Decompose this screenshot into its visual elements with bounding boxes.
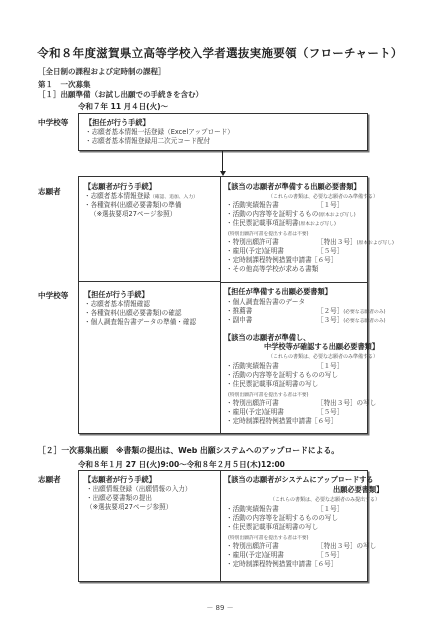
homeroom-docs-title: 【担任が準備する出願必要書類】 (224, 287, 332, 297)
doc-item: ・定時制課程特例措置申請書 (226, 560, 312, 570)
s2-upload-docs-title-line2: 出願必要書類】 (333, 485, 383, 495)
doc-item: ・その他高等学校が求める書類 (226, 265, 318, 275)
doc-item: ・住民票記載事項証明書(原本および写し) (226, 219, 336, 230)
homeroom-procedure-title: 【担任が行う手続】 (84, 290, 149, 300)
doc-item: ・副申書 (226, 316, 252, 326)
applicant-docs-title: 【該当の志願者が準備する出願必要書類】 (224, 182, 361, 192)
list-item-note: （※選抜要項27ページ参照） (86, 503, 172, 513)
confirm-docs-title-line2: 中学校等が確認する出願必要書類】 (264, 342, 379, 352)
page-number: － 89 － (0, 603, 440, 613)
actor-applicant: 志願者 (38, 186, 61, 197)
section2-date: 令和８年１月 27 日(火)9:00～令和８年２月５日(木)12:00 (78, 459, 285, 470)
section2-heading: ［２］一次募集出願 ※書類の提出は、Web 出願システムへのアップロードによる。 (38, 445, 339, 456)
box-title: 【担任が行う手続】 (85, 118, 150, 128)
confirm-docs-note: （これらの書類は、必要な志願者のみ準備する） (268, 353, 378, 360)
doc-item: ・住民票記載事項証明書の写し (226, 523, 318, 533)
list-item-note: （※選抜要項27ページ参照） (90, 210, 176, 220)
row-divider-right (220, 282, 368, 283)
column-divider (220, 176, 221, 434)
doc-item-note: (特別出願許可書を提出する者は不要) (228, 230, 309, 237)
doc-number: ［６号］ (311, 560, 337, 570)
junior-high-top-box: 【担任が行う手続】 ・志願者基本情報一括登録（Excelアップロード） ・志願者… (78, 113, 368, 151)
section1-subheading: ［１］出願準備（お試し出願での手続きを含む） (38, 89, 203, 100)
s2-upload-docs-note: （これらの書類は、必要な志願者のみ提出する） (270, 496, 380, 503)
list-item: ・志願者基本情報登録用二次元コード配付 (85, 137, 210, 147)
s2-applicant-procedure-title: 【志願者が行う手続】 (84, 475, 156, 485)
s2-upload-docs-title-line1: 【該当の志願者がシステムにアップロードする (224, 475, 374, 485)
row-divider-left (78, 281, 220, 282)
actor-applicant-s2: 志願者 (38, 474, 61, 485)
doc-item-note: (特別出願許可書を提出する者は不要) (228, 391, 309, 398)
section1-date: 令和７年 11 月４日(火)～ (78, 101, 168, 112)
doc-item-note: (特別出願許可書を提出する者は不要) (228, 534, 309, 541)
doc-number: ［６号］ (311, 417, 337, 427)
applicant-procedure-title: 【志願者が行う手続】 (84, 182, 156, 192)
applicant-docs-note: （これらの書類は、必要な志願者のみ準備する） (268, 193, 378, 200)
actor-junior-high-top: 中学校等 (38, 117, 68, 128)
doc-item: ・住民票記載事項証明書の写し (226, 380, 318, 390)
page-title: 令和８年度滋賀県立高等学校入学者選抜実施要領（フローチャート） (0, 45, 440, 61)
actor-junior-high-bottom: 中学校等 (38, 290, 68, 301)
flow-arrow-line (222, 151, 223, 173)
course-subtitle: ［全日制の課程および定時制の課程］ (38, 66, 166, 77)
column-divider (220, 470, 221, 582)
list-item: ・個人調査報告書データの準備・確認 (84, 318, 196, 328)
doc-item: ・定時制課程特例措置申請書 (226, 417, 312, 427)
doc-number: ［３号］(必要な志願者のみ) (317, 316, 386, 327)
